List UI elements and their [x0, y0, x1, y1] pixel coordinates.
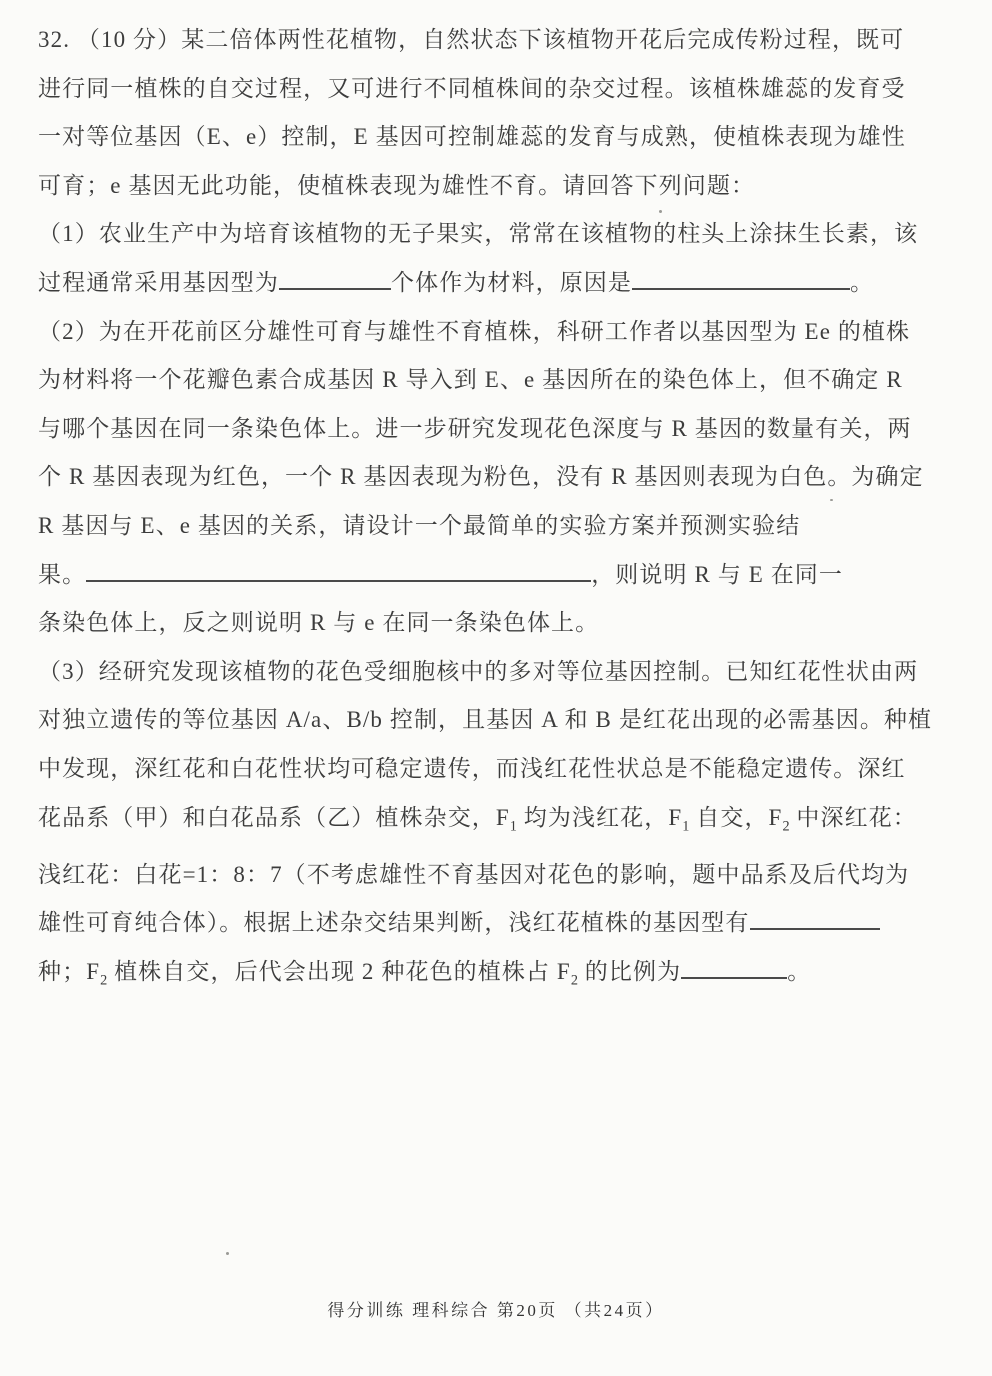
text-segment: 对独立遗传的等位基因 A/a、B/b 控制，且基因 A 和 B 是红花出现的必需…: [38, 707, 932, 732]
text-line: 个 R 基因表现为红色，一个 R 基因表现为粉色，没有 R 基因则表现为白色。为…: [38, 453, 958, 502]
scan-speckle: [830, 499, 833, 501]
text-line: R 基因与 E、e 基因的关系，请设计一个最简单的实验方案并预测实验结: [38, 502, 958, 551]
text-line: （3）经研究发现该植物的花色受细胞核中的多对等位基因控制。已知红花性状由两: [38, 648, 958, 697]
text-segment: 与哪个基因在同一条染色体上。进一步研究发现花色深度与 R 基因的数量有关，两: [38, 416, 912, 441]
text-segment: ，则说明 R 与 E 在同一: [591, 562, 843, 587]
text-line: 32. （10 分）某二倍体两性花植物，自然状态下该植物开花后完成传粉过程，既可: [38, 16, 958, 65]
text-line: 为材料将一个花瓣色素合成基因 R 导入到 E、e 基因所在的染色体上，但不确定 …: [38, 356, 958, 405]
text-segment: 雄性可育纯合体）。根据上述杂交结果判断，浅红花植株的基因型有: [38, 910, 750, 935]
text-segment: 。: [787, 959, 811, 984]
text-segment: 个 R 基因表现为红色，一个 R 基因表现为粉色，没有 R 基因则表现为白色。为…: [38, 464, 924, 489]
text-segment: 果。: [38, 562, 86, 587]
text-segment: 均为浅红花，F: [517, 805, 682, 830]
answer-blank: [681, 953, 787, 979]
text-segment: 过程通常采用基因型为: [38, 270, 279, 295]
text-segment: 个体作为材料，原因是: [391, 270, 632, 295]
text-line: 花品系（甲）和白花品系（乙）植株杂交，F1 均为浅红花，F1 自交，F2 中深红…: [38, 794, 958, 851]
answer-blank: [632, 264, 850, 290]
text-line: 雄性可育纯合体）。根据上述杂交结果判断，浅红花植株的基因型有: [38, 899, 958, 948]
subscript: 1: [510, 818, 517, 834]
question-body: 32. （10 分）某二倍体两性花植物，自然状态下该植物开花后完成传粉过程，既可…: [38, 16, 958, 1005]
text-segment: 条染色体上，反之则说明 R 与 e 在同一条染色体上。: [38, 610, 599, 635]
text-line: 中发现，深红花和白花性状均可稳定遗传，而浅红花性状总是不能稳定遗传。深红: [38, 745, 958, 794]
text-segment: （1）农业生产中为培育该植物的无子果实，常常在该植物的柱头上涂抹生长素，该: [38, 221, 918, 246]
text-line: （2）为在开花前区分雄性可育与雄性不育植株，科研工作者以基因型为 Ee 的植株: [38, 308, 958, 357]
text-line: 与哪个基因在同一条染色体上。进一步研究发现花色深度与 R 基因的数量有关，两: [38, 405, 958, 454]
answer-blank: [279, 264, 391, 290]
text-segment: 浅红花：白花=1：8：7（不考虑雄性不育基因对花色的影响，题中品系及后代均为: [38, 862, 909, 887]
text-segment: 为材料将一个花瓣色素合成基因 R 导入到 E、e 基因所在的染色体上，但不确定 …: [38, 367, 903, 392]
text-segment: 花品系（甲）和白花品系（乙）植株杂交，F: [38, 805, 510, 830]
text-line: 对独立遗传的等位基因 A/a、B/b 控制，且基因 A 和 B 是红花出现的必需…: [38, 696, 958, 745]
text-segment: 中深红花：: [790, 805, 917, 830]
answer-blank: [750, 904, 880, 930]
text-line: 可育；e 基因无此功能，使植株表现为雄性不育。请回答下列问题：: [38, 162, 958, 211]
answer-blank: [86, 555, 591, 581]
text-segment: 可育；e 基因无此功能，使植株表现为雄性不育。请回答下列问题：: [38, 173, 755, 198]
text-line: 果。，则说明 R 与 E 在同一: [38, 551, 958, 600]
text-segment: 32. （10 分）某二倍体两性花植物，自然状态下该植物开花后完成传粉过程，既可: [38, 27, 904, 52]
scanned-exam-page: 32. （10 分）某二倍体两性花植物，自然状态下该植物开花后完成传粉过程，既可…: [0, 0, 992, 1376]
text-line: （1）农业生产中为培育该植物的无子果实，常常在该植物的柱头上涂抹生长素，该: [38, 210, 958, 259]
page-footer: 得分训练 理科综合 第20页 （共24页）: [0, 1296, 992, 1321]
subscript: 2: [782, 818, 789, 834]
text-segment: 一对等位基因（E、e）控制，E 基因可控制雄蕊的发育与成熟，使植株表现为雄性: [38, 124, 906, 149]
text-segment: （3）经研究发现该植物的花色受细胞核中的多对等位基因控制。已知红花性状由两: [38, 659, 918, 684]
text-line: 过程通常采用基因型为个体作为材料，原因是。: [38, 259, 958, 308]
text-line: 条染色体上，反之则说明 R 与 e 在同一条染色体上。: [38, 599, 958, 648]
scan-speckle: [659, 210, 662, 213]
text-segment: 植株自交，后代会出现 2 种花色的植株占 F: [107, 959, 571, 984]
text-segment: 中发现，深红花和白花性状均可稳定遗传，而浅红花性状总是不能稳定遗传。深红: [38, 756, 906, 781]
text-segment: 种；F: [38, 959, 100, 984]
text-segment: 。: [850, 270, 874, 295]
subscript: 2: [571, 972, 578, 988]
scan-speckle: [226, 1252, 229, 1255]
text-segment: R 基因与 E、e 基因的关系，请设计一个最简单的实验方案并预测实验结: [38, 513, 800, 538]
text-segment: 进行同一植株的自交过程，又可进行不同植株间的杂交过程。该植株雄蕊的发育受: [38, 76, 906, 101]
text-line: 一对等位基因（E、e）控制，E 基因可控制雄蕊的发育与成熟，使植株表现为雄性: [38, 113, 958, 162]
text-segment: 自交，F: [689, 805, 782, 830]
text-line: 浅红花：白花=1：8：7（不考虑雄性不育基因对花色的影响，题中品系及后代均为: [38, 851, 958, 900]
text-segment: 的比例为: [578, 959, 681, 984]
text-line: 种；F2 植株自交，后代会出现 2 种花色的植株占 F2 的比例为。: [38, 948, 958, 1005]
text-segment: （2）为在开花前区分雄性可育与雄性不育植株，科研工作者以基因型为 Ee 的植株: [38, 319, 910, 344]
text-line: 进行同一植株的自交过程，又可进行不同植株间的杂交过程。该植株雄蕊的发育受: [38, 65, 958, 114]
